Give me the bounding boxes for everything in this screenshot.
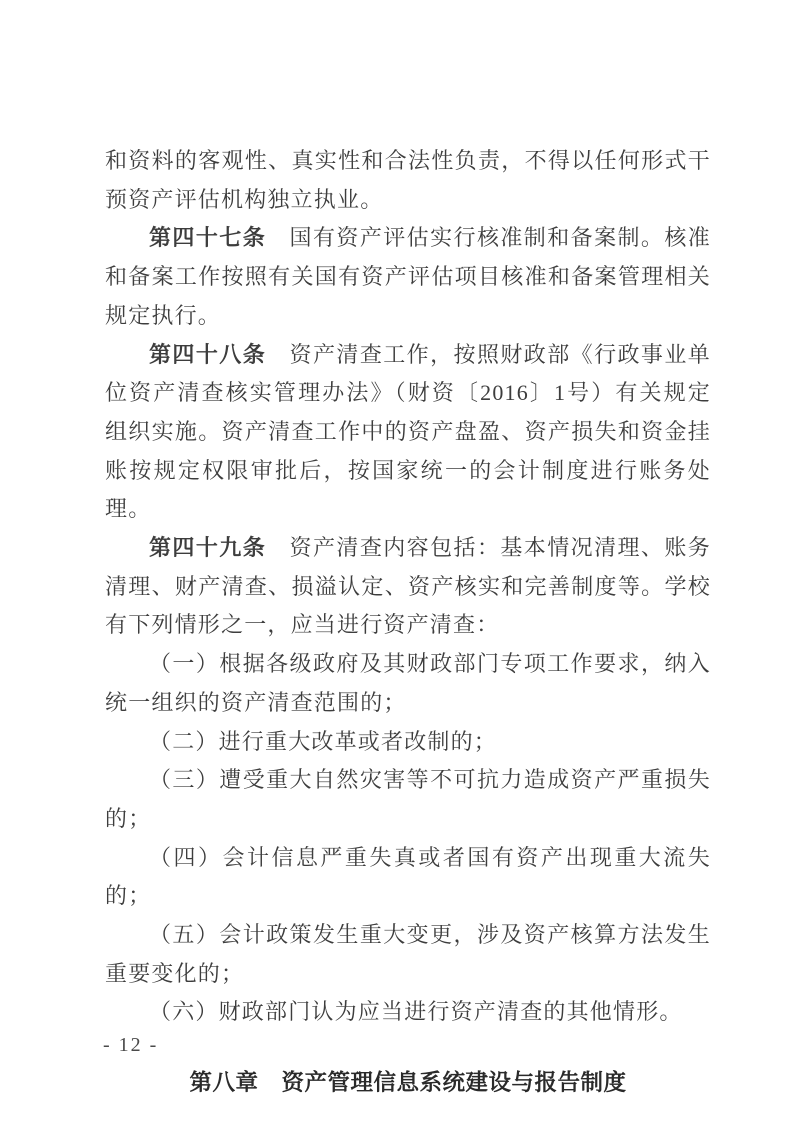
paragraph-continuation-text: 和资料的客观性、真实性和合法性负责，不得以任何形式干预资产评估机构独立执业。	[105, 148, 711, 212]
clause-item-4-text: （四）会计信息严重失真或者国有资产出现重大流失的；	[105, 845, 711, 909]
page-number: - 12 -	[103, 1033, 158, 1057]
text-block: 和资料的客观性、真实性和合法性负责，不得以任何形式干预资产评估机构独立执业。 第…	[105, 142, 711, 1103]
article-48-body: 资产清查工作，按照财政部《行政事业单位资产清查核实管理办法》（财资〔2016〕1…	[105, 342, 711, 522]
clause-item-1-text: （一）根据各级政府及其财政部门专项工作要求，纳入统一组织的资产清查范围的；	[105, 651, 711, 715]
document-page: 和资料的客观性、真实性和合法性负责，不得以任何形式干预资产评估机构独立执业。 第…	[0, 0, 794, 1123]
clause-item-6-text: （六）财政部门认为应当进行资产清查的其他情形。	[149, 999, 683, 1024]
article-47-paragraph: 第四十七条 国有资产评估实行核准制和备案制。核准和备案工作按照有关国有资产评估项…	[105, 219, 711, 335]
clause-item-1: （一）根据各级政府及其财政部门专项工作要求，纳入统一组织的资产清查范围的；	[105, 645, 711, 722]
clause-item-2: （二）进行重大改革或者改制的；	[105, 723, 711, 762]
paragraph-continuation: 和资料的客观性、真实性和合法性负责，不得以任何形式干预资产评估机构独立执业。	[105, 142, 711, 219]
clause-item-4: （四）会计信息严重失真或者国有资产出现重大流失的；	[105, 839, 711, 916]
article-48-term: 第四十八条	[149, 342, 266, 367]
clause-item-3: （三）遭受重大自然灾害等不可抗力造成资产严重损失的；	[105, 761, 711, 838]
clause-item-3-text: （三）遭受重大自然灾害等不可抗力造成资产严重损失的；	[105, 767, 711, 831]
article-49-paragraph: 第四十九条 资产清查内容包括：基本情况清理、账务清理、财产清查、损溢认定、资产核…	[105, 529, 711, 645]
clause-item-2-text: （二）进行重大改革或者改制的；	[149, 729, 497, 754]
article-48-paragraph: 第四十八条 资产清查工作，按照财政部《行政事业单位资产清查核实管理办法》（财资〔…	[105, 336, 711, 530]
clause-item-6: （六）财政部门认为应当进行资产清查的其他情形。	[105, 993, 711, 1032]
clause-item-5-text: （五）会计政策发生重大变更，涉及资产核算方法发生重要变化的；	[105, 922, 711, 986]
clause-item-5: （五）会计政策发生重大变更，涉及资产核算方法发生重要变化的；	[105, 916, 711, 993]
article-49-term: 第四十九条	[149, 535, 266, 560]
article-47-term: 第四十七条	[149, 225, 266, 250]
chapter-8-heading: 第八章 资产管理信息系统建设与报告制度	[105, 1063, 711, 1103]
